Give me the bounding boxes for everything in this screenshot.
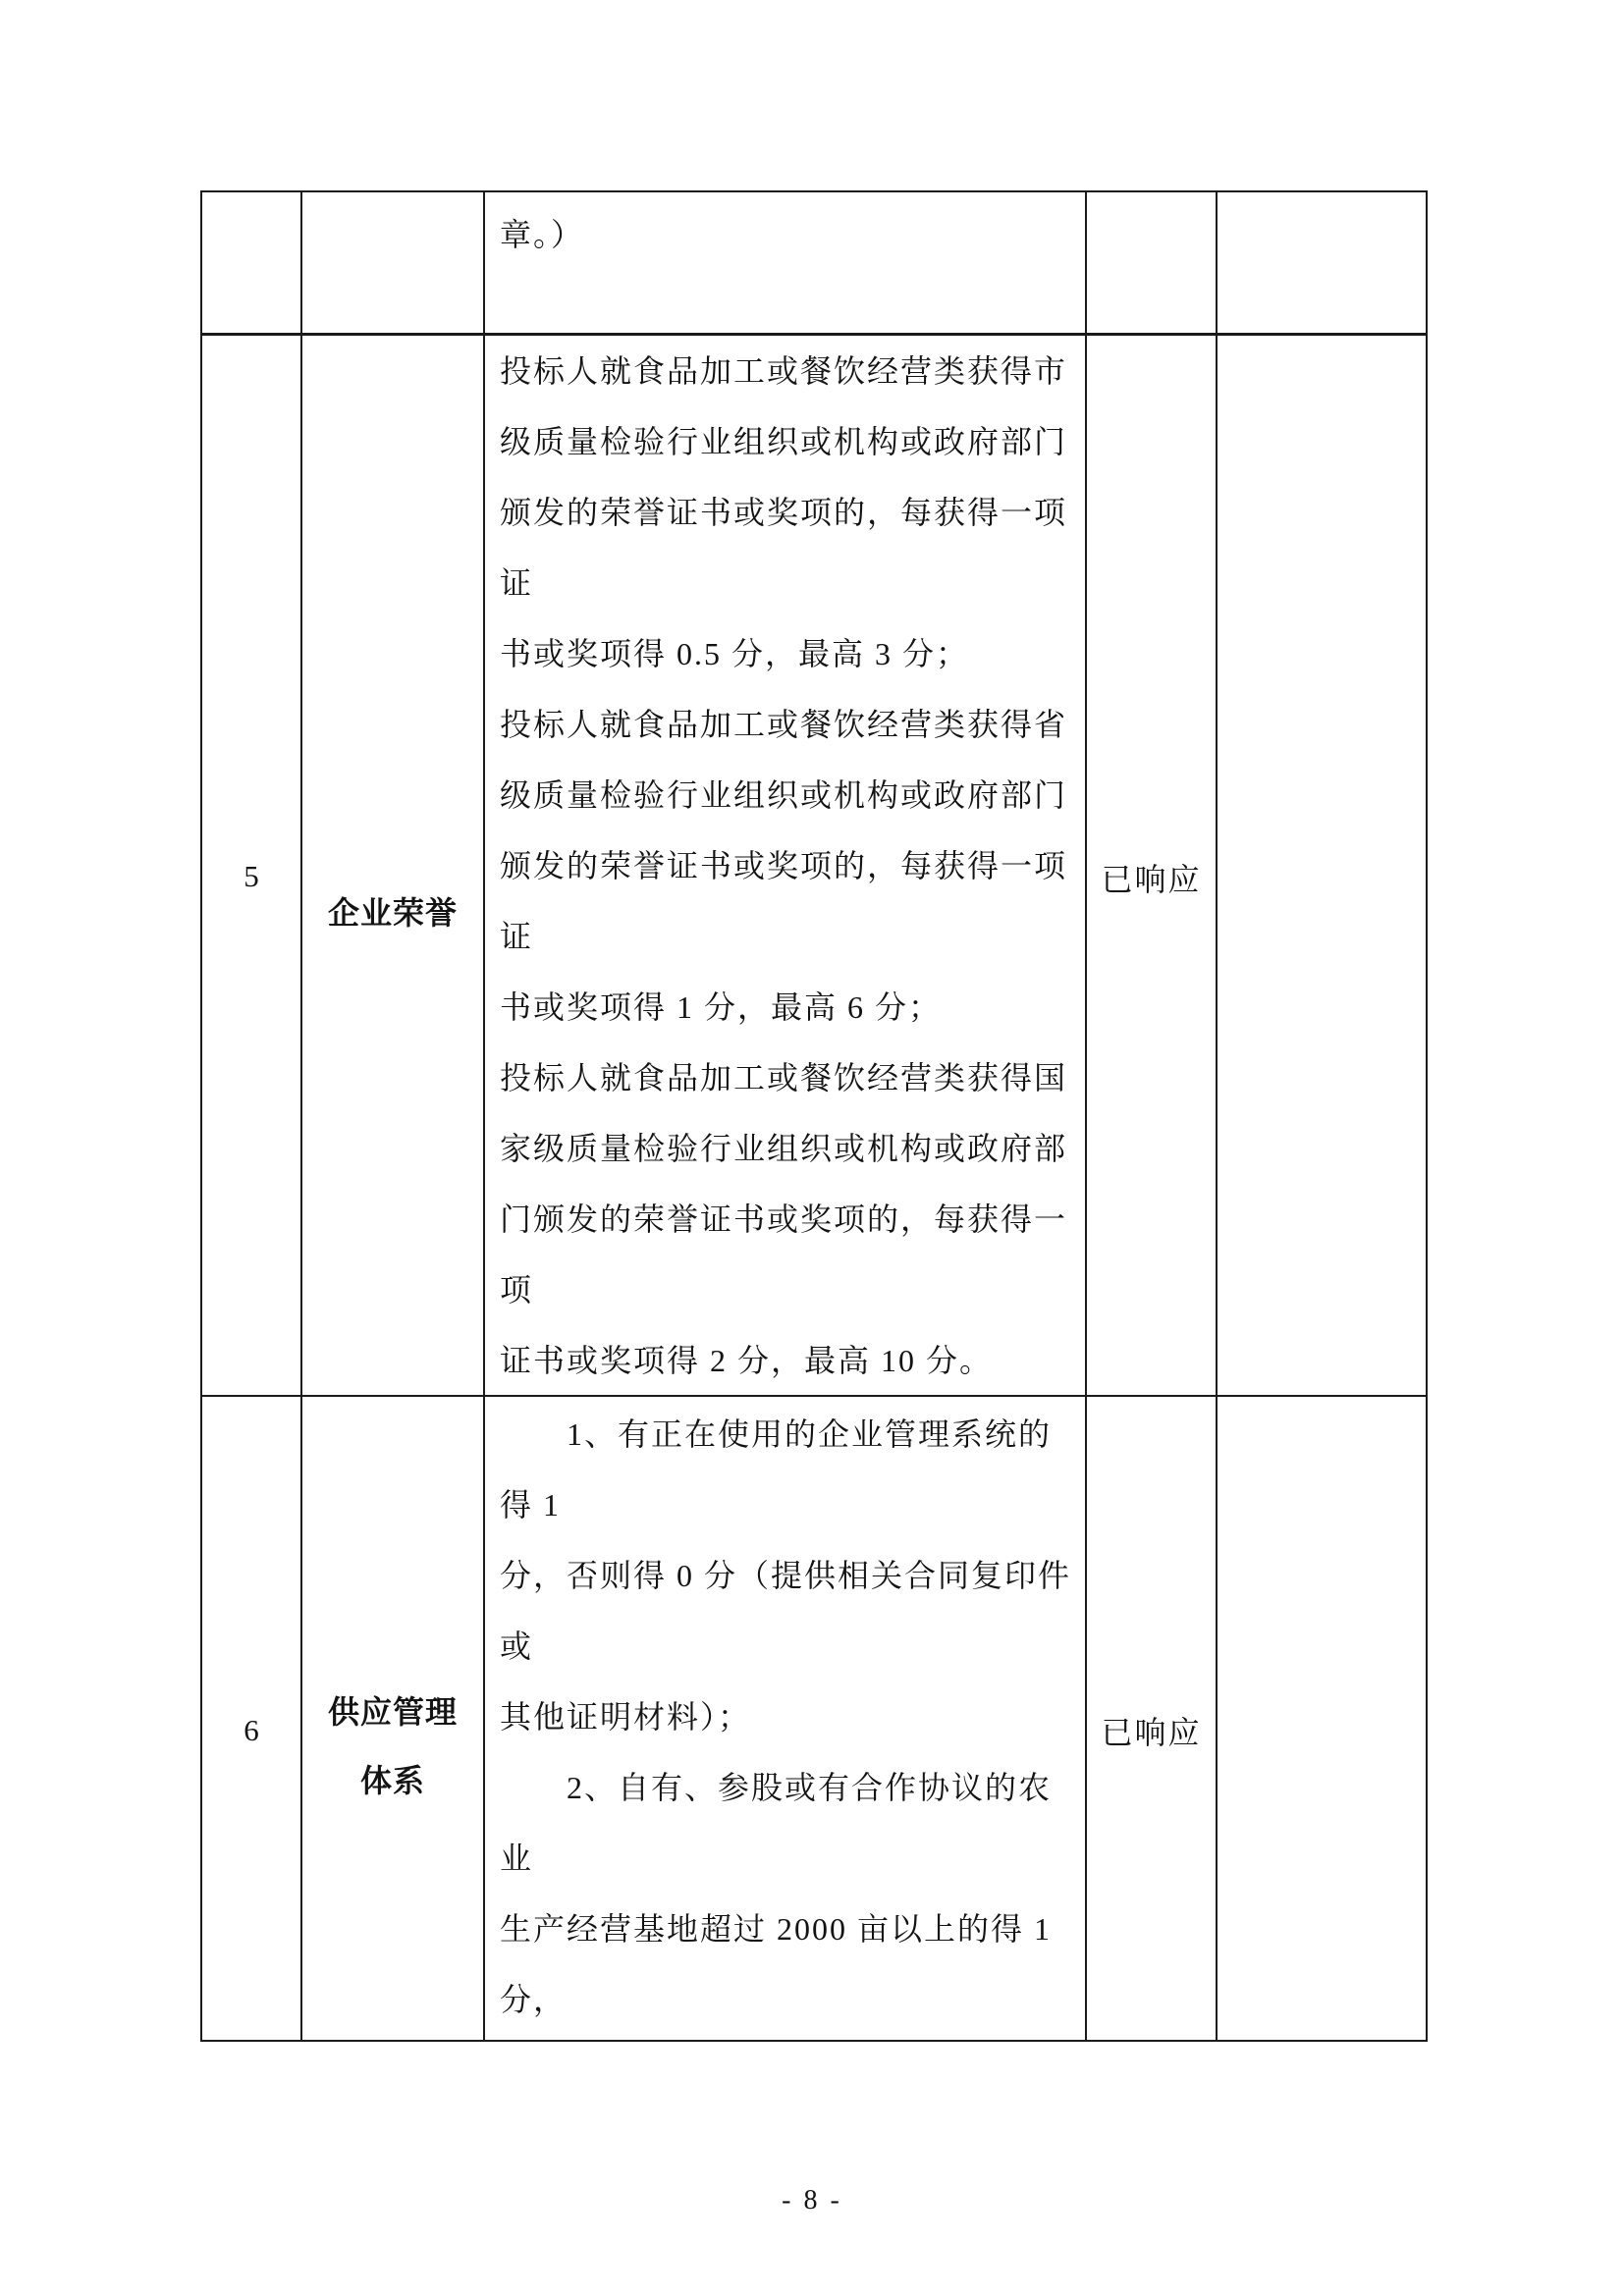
row-number-cell: 6 xyxy=(202,1397,302,2040)
evaluation-table: 章。） 5 企业荣誉 投标人就食品加工或餐饮经营类获得市 级质量检验行业组织或机… xyxy=(200,190,1428,2042)
response-status-cell: 已响应 xyxy=(1087,1397,1218,2040)
criteria-text-cell: 投标人就食品加工或餐饮经营类获得市 级质量检验行业组织或机构或政府部门 颁发的荣… xyxy=(485,336,1087,1397)
row-number-cell: 5 xyxy=(202,336,302,1397)
row-number-cell xyxy=(202,192,302,336)
category-cell: 供应管理 体系 xyxy=(302,1397,485,2040)
response-status-cell: 已响应 xyxy=(1087,336,1218,1397)
category-cell: 企业荣誉 xyxy=(302,336,485,1397)
criteria-text-cell: 章。） xyxy=(485,192,1087,336)
remark-cell xyxy=(1218,1397,1426,2040)
response-status-cell xyxy=(1087,192,1218,336)
page-number: - 8 - xyxy=(0,2185,1624,2216)
remark-cell xyxy=(1218,192,1426,336)
remark-cell xyxy=(1218,336,1426,1397)
criteria-text-cell: 1、有正在使用的企业管理系统的得 1 分，否则得 0 分（提供相关合同复印件或 … xyxy=(485,1397,1087,2040)
category-cell xyxy=(302,192,485,336)
